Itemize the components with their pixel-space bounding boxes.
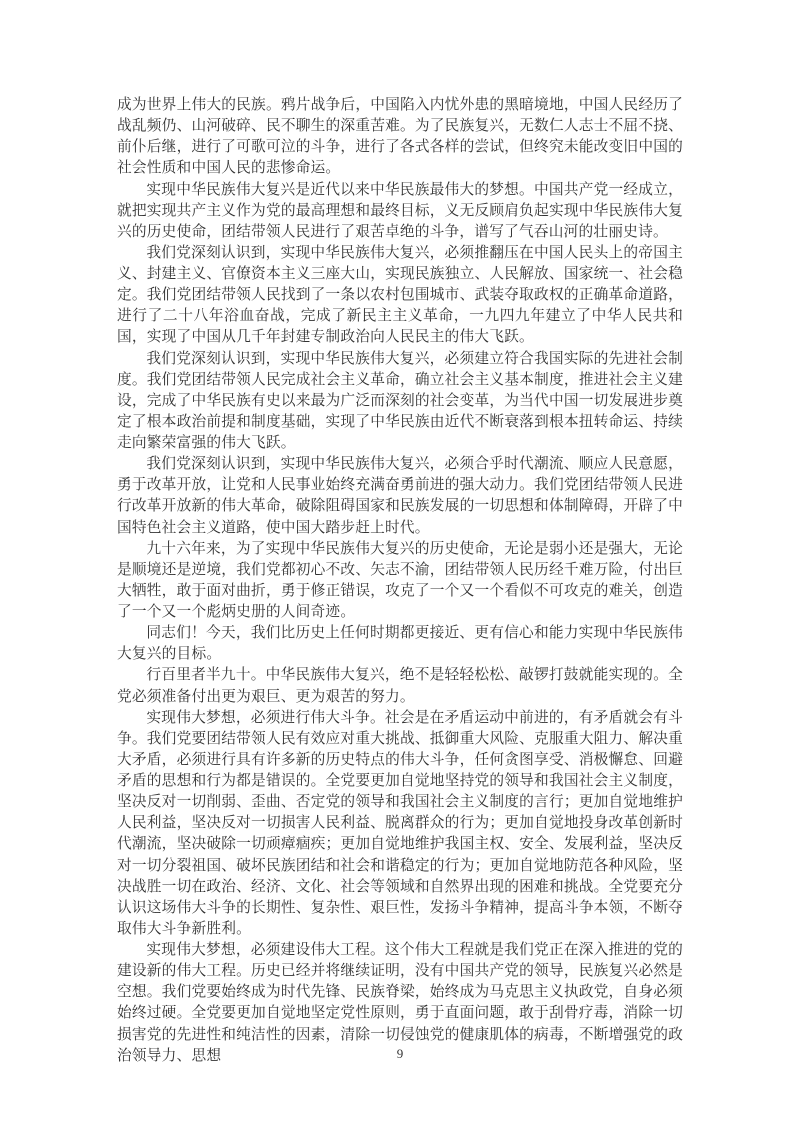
paragraph: 同志们！今天，我们比历史上任何时期都更接近、更有信心和能力实现中华民族伟大复兴的… — [117, 623, 683, 665]
page-number: 9 — [0, 1046, 800, 1062]
paragraph: 实现伟大梦想，必须进行伟大斗争。社会是在矛盾运动中前进的，有矛盾就会有斗争。我们… — [117, 708, 683, 940]
paragraph: 行百里者半九十。中华民族伟大复兴，绝不是轻轻松松、敲锣打鼓就能实现的。全党必须准… — [117, 665, 683, 707]
paragraph: 我们党深刻认识到，实现中华民族伟大复兴，必须推翻压在中国人民头上的帝国主义、封建… — [117, 243, 683, 349]
paragraph: 我们党深刻认识到，实现中华民族伟大复兴，必须合乎时代潮流、顺应人民意愿，勇于改革… — [117, 454, 683, 539]
body-text: 成为世界上伟大的民族。鸦片战争后，中国陷入内忧外患的黑暗境地，中国人民经历了战乱… — [117, 95, 683, 1067]
paragraph: 实现中华民族伟大复兴是近代以来中华民族最伟大的梦想。中国共产党一经成立，就把实现… — [117, 180, 683, 243]
paragraph: 我们党深刻认识到，实现中华民族伟大复兴，必须建立符合我国实际的先进社会制度。我们… — [117, 349, 683, 455]
paragraph: 九十六年来，为了实现中华民族伟大复兴的历史使命，无论是弱小还是强大，无论是顺境还… — [117, 539, 683, 624]
paragraph-continued: 成为世界上伟大的民族。鸦片战争后，中国陷入内忧外患的黑暗境地，中国人民经历了战乱… — [117, 95, 683, 180]
document-page: 成为世界上伟大的民族。鸦片战争后，中国陷入内忧外患的黑暗境地，中国人民经历了战乱… — [0, 0, 800, 1133]
